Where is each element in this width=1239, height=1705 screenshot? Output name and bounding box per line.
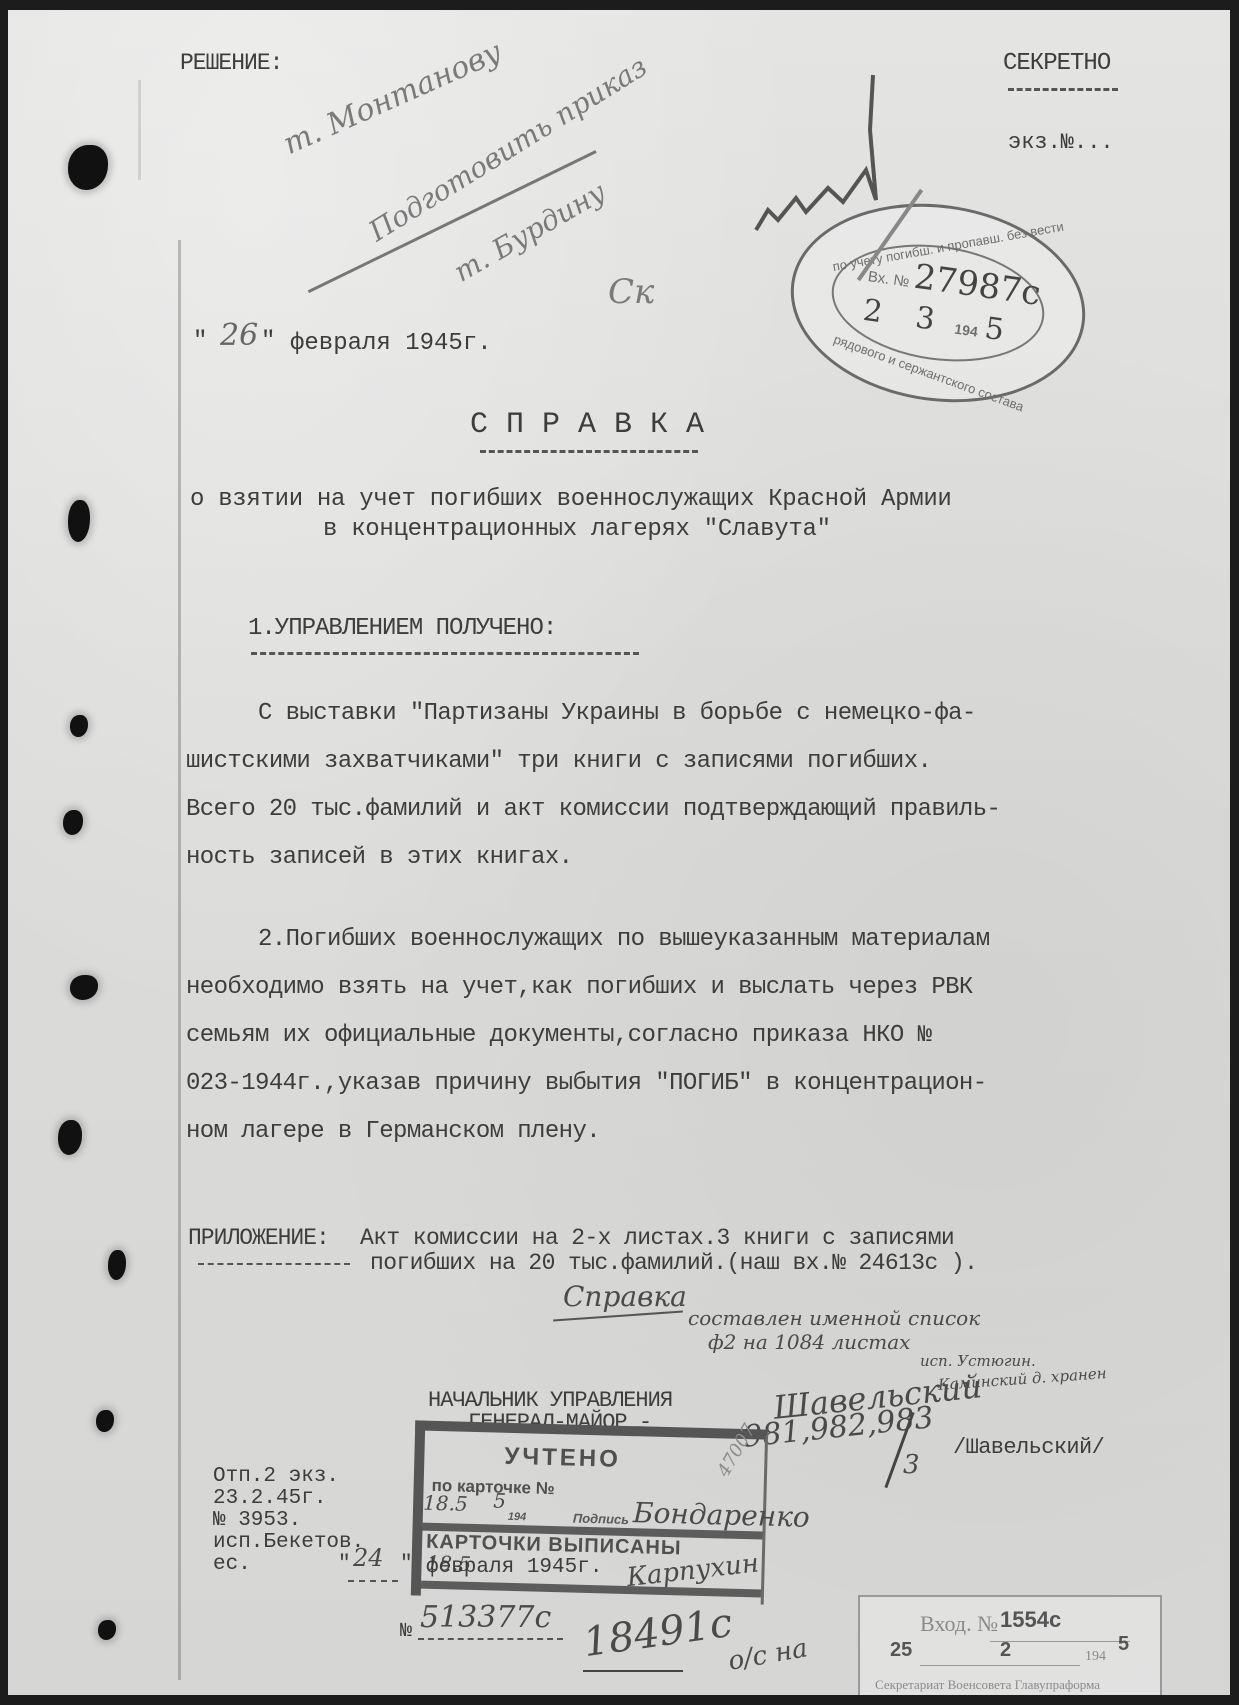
footer-copies: Отп.2 экз. [213,1465,339,1488]
signatory-name: /Шавельский/ [953,1435,1104,1460]
extra-number-underline [583,1670,683,1672]
section-2-line: ном лагере в Германском плену. [186,1118,600,1145]
title-underline [480,450,698,453]
note-line-2: ф2 на 1084 листах [708,1330,910,1354]
sent-day-underline [348,1580,398,1582]
attachment-label: ПРИЛОЖЕНИЕ: [188,1225,329,1251]
section-2-line: 2.Погибших военнослужащих по вышеуказанн… [258,926,990,953]
outgoing-number-handwritten: 513377с [420,1600,551,1635]
stamp-date-year-prefix: 194 [953,321,978,340]
outgoing-number-underline [418,1638,563,1640]
attachment-line-1: Акт комиссии на 2-х листах.3 книги с зап… [360,1225,954,1251]
open-quote: " [193,328,207,355]
section-1-underline [251,652,639,655]
punch-hole [68,500,90,542]
extra-note-handwritten: о/с на [726,1633,810,1676]
inbox-label: Вход. № [920,1611,998,1637]
inbox-number: 1554с [1000,1607,1061,1633]
inbox-registration-stamp: Вход. № 1554с 25 2 194 5 Секретариат Вое… [858,1595,1162,1695]
punch-hole [70,975,98,1000]
decision-label: РЕШЕНИЕ: [180,50,282,76]
section-2-line: необходимо взять на учет,как погибших и … [186,974,973,1001]
copy-number-label: экз.№... [1008,130,1114,155]
document-title: С П Р А В К А [470,408,704,442]
document-subtitle-line-1: о взятии на учет погибших военнослужащих… [190,486,952,513]
section-1-line: С выставки "Партизаны Украины в борьбе с… [258,700,976,727]
fold-crease [138,80,141,180]
extra-number-handwritten: 18491с [581,1600,736,1666]
punch-hole [96,1410,114,1432]
punch-hole [63,810,83,835]
sent-date-text: февраля 1945г. [426,1556,602,1579]
resolution-line-1: т. Монтанову [278,34,507,162]
inbox-year-prefix: 194 [1085,1649,1106,1665]
section-1-heading: 1.УПРАВЛЕНИЕМ ПОЛУЧЕНО: [248,615,556,642]
close-quote: " [261,328,275,355]
outgoing-number-prefix: № [400,1620,412,1643]
footer-executor: исп.Бекетов. [213,1531,364,1554]
punch-hole [68,145,108,190]
note-title: Справка [563,1280,687,1313]
inbox-date-rule [920,1665,1080,1666]
document-subtitle-line-2: в концентрационных лагерях "Славута" [323,516,831,543]
inbox-year-suffix: 5 [1118,1633,1129,1656]
attachment-underline [198,1263,350,1265]
punch-hole [108,1250,126,1280]
sent-open-quote: " [338,1553,351,1576]
accounted-year-suffix: 5 [493,1488,506,1512]
archival-document-page: РЕШЕНИЕ: СЕКРЕТНО экз.№... т. Монтанову … [8,10,1230,1695]
sent-close-quote: " [400,1553,413,1576]
document-date: февраля 1945г. [290,330,492,357]
footer-number: № 3953. [213,1509,301,1532]
section-2-line: 023-1944г.,указав причину выбытия "ПОГИБ… [186,1070,987,1097]
section-1-line: шистскими захватчиками" три книги с запи… [186,748,931,775]
note-line-1: составлен именной список [688,1306,980,1330]
section-1-line: Всего 20 тыс.фамилий и акт комиссии подт… [186,796,1000,823]
inbox-organization: Секретариат Военсовета Главупраформа [875,1677,1100,1693]
punch-hole [70,715,88,737]
accounted-date-1: 18.5 [423,1491,468,1516]
date-day-handwritten: 26 [220,318,258,353]
attachment-line-2: погибших на 20 тыс.фамилий.(наш вх.№ 246… [370,1250,977,1276]
fold-crease [178,240,181,1680]
resolution-line-3: т. Бурдину [448,175,611,288]
section-2-line: семьям их официальные документы,согласно… [186,1022,931,1049]
footer-date: 23.2.45г. [213,1487,326,1510]
sent-day-handwritten: 24 [353,1544,384,1572]
accounted-year-prefix: 194 [508,1511,527,1523]
section-1-line: ность записей в этих книгах. [186,844,572,871]
punch-hole [98,1620,116,1640]
secret-underline [1008,88,1118,91]
secret-label: СЕКРЕТНО [1003,50,1110,77]
footer-typist: ес. [213,1553,251,1576]
resolution-initials: Ск [608,272,654,312]
handwritten-fraction: 3 [903,1450,920,1480]
accounted-signed-label: Подпись [573,1511,630,1527]
inbox-month: 2 [1000,1639,1011,1662]
punch-hole [58,1120,82,1155]
inbox-day: 25 [890,1639,912,1662]
accounted-stamp-title: УЧТЕНО [504,1443,621,1474]
